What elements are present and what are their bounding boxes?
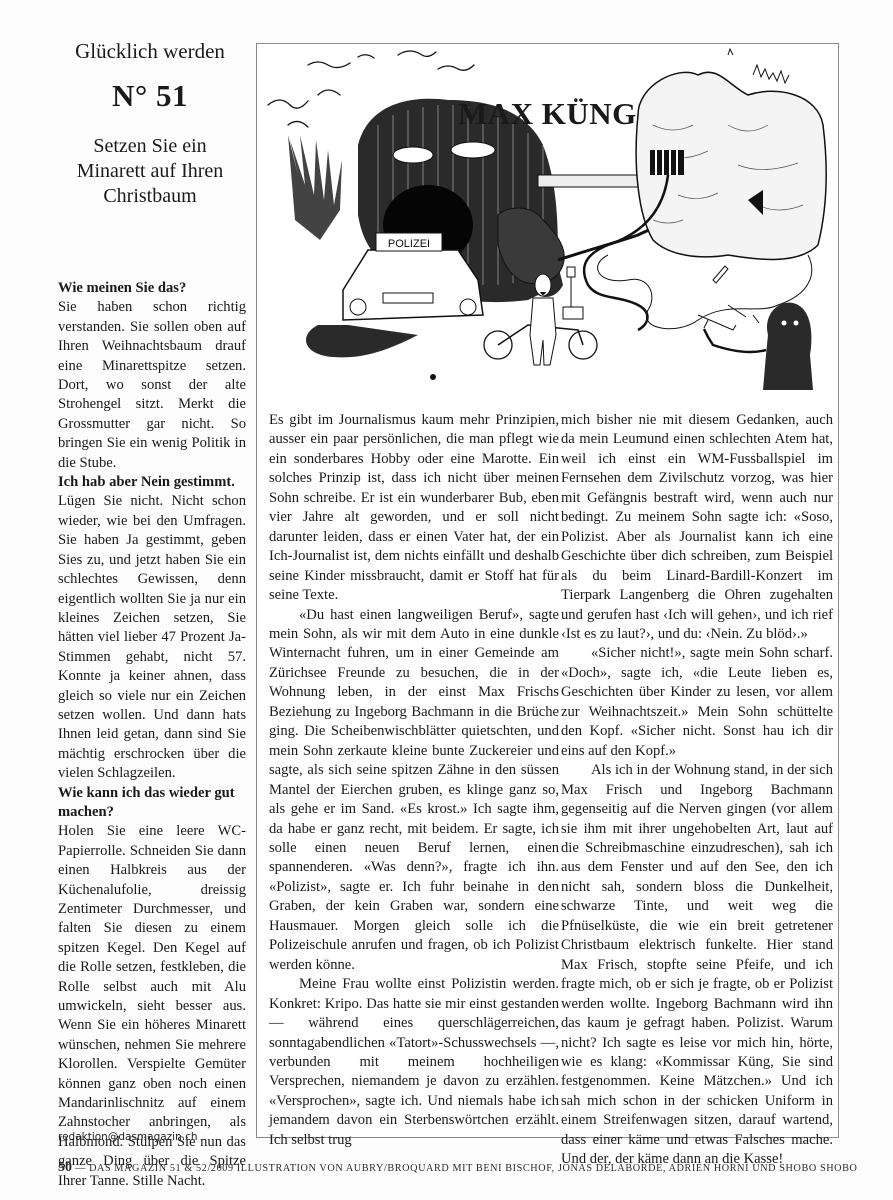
- svg-text:POLIZEI: POLIZEI: [388, 238, 430, 250]
- subtitle-line: Minarett auf Ihren: [77, 160, 224, 182]
- article-column-2: mich bisher nie mit diesem Gedanken, auc…: [561, 411, 833, 1170]
- qa-question: Ich hab aber Nein gestimmt.: [58, 473, 246, 492]
- qa-answer: Lügen Sie nicht. Nicht schon wieder, wie…: [58, 492, 246, 783]
- qa-column: Wie meinen Sie das? Sie haben schon rich…: [58, 279, 246, 1191]
- magazine-page: Glücklich werden N° 51 Setzen Sie ein Mi…: [0, 0, 893, 1200]
- issue-number: N° 51: [40, 78, 260, 114]
- article-author: MAX KÜNG: [458, 97, 637, 131]
- series-title: Glücklich werden: [40, 38, 260, 64]
- subtitle-line: Christbaum: [103, 185, 196, 207]
- page-footer: 50 — DAS MAGAZIN 51 & 52/2009 ILLUSTRATI…: [58, 1160, 858, 1176]
- qa-question: Wie meinen Sie das?: [58, 279, 246, 298]
- subtitle-line: Setzen Sie ein: [93, 135, 206, 157]
- article-paragraph: «Du hast einen langweiligen Beruf», sagt…: [269, 606, 559, 976]
- article-paragraph: Meine Frau wollte einst Polizistin werde…: [269, 975, 559, 1150]
- contact-email-link[interactable]: redaktion@dasmagazin.ch: [58, 1131, 198, 1143]
- article-paragraph: Es gibt im Journalismus kaum mehr Prinzi…: [269, 411, 559, 606]
- footer-credits: — DAS MAGAZIN 51 & 52/2009 ILLUSTRATION …: [72, 1163, 858, 1174]
- article-paragraph: Als ich in der Wohnung stand, in der sic…: [561, 761, 833, 1170]
- column-subtitle: Setzen Sie ein Minarett auf Ihren Christ…: [40, 134, 260, 209]
- column-header: Glücklich werden N° 51 Setzen Sie ein Mi…: [40, 38, 260, 209]
- page-number: 50: [58, 1160, 72, 1175]
- article-paragraph: mich bisher nie mit diesem Gedanken, auc…: [561, 411, 833, 644]
- qa-question: Wie kann ich das wieder gut machen?: [58, 784, 246, 823]
- article-column-1: Es gibt im Journalismus kaum mehr Prinzi…: [269, 411, 559, 1150]
- qa-answer: Sie haben schon richtig verstanden. Sie …: [58, 298, 246, 473]
- article-paragraph: «Sicher nicht!», sagte mein Sohn scharf.…: [561, 644, 833, 761]
